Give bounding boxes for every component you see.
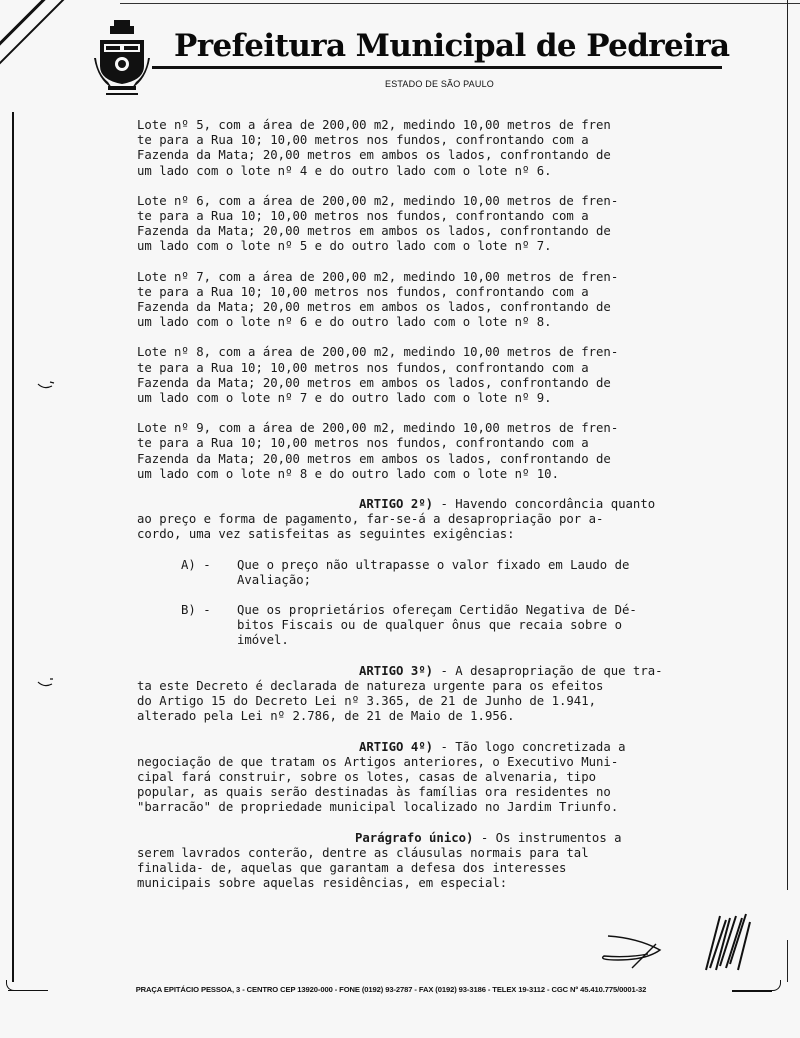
header-subtitle: ESTADO DE SÃO PAULO	[385, 79, 494, 89]
requirement-a-text: Que o preço não ultrapasse o valor fixad…	[237, 558, 751, 588]
footer-address: PRAÇA EPITÁCIO PESSOA, 3 - CENTRO CEP 13…	[50, 985, 732, 994]
artigo-3-first-line: - A desapropriação de que tra-	[433, 664, 663, 678]
paragrafo-unico-heading: Parágrafo único)	[137, 831, 473, 845]
lote-8-paragraph: Lote nº 8, com a área de 200,00 m2, medi…	[137, 345, 751, 406]
footer-right-rule	[732, 990, 772, 992]
paragrafo-unico-first-line: - Os instrumentos a	[473, 831, 621, 845]
requirement-b-marker: B) -	[181, 603, 237, 649]
scan-top-border	[120, 3, 800, 4]
requirement-a: A) - Que o preço não ultrapasse o valor …	[181, 558, 751, 588]
requirement-b: B) - Que os proprietários ofereçam Certi…	[181, 603, 751, 649]
requirement-b-text: Que os proprietários ofereçam Certidão N…	[237, 603, 751, 649]
artigo-4-section: ARTIGO 4º) - Tão logo concretizada a neg…	[137, 740, 751, 816]
lote-5-paragraph: Lote nº 5, com a área de 200,00 m2, medi…	[137, 118, 751, 179]
lote-7-paragraph: Lote nº 7, com a área de 200,00 m2, medi…	[137, 270, 751, 331]
paragrafo-unico-section: Parágrafo único) - Os instrumentos a ser…	[137, 831, 751, 892]
artigo-2-first-line: - Havendo concordância quanto	[433, 497, 655, 511]
header-divider	[152, 66, 722, 69]
lote-9-paragraph: Lote nº 9, com a área de 200,00 m2, medi…	[137, 421, 751, 482]
artigo-2-heading: ARTIGO 2º)	[137, 497, 433, 511]
artigo-3-heading: ARTIGO 3º)	[137, 664, 433, 678]
footer-left-rule	[8, 990, 48, 991]
page-right-border	[787, 0, 788, 890]
footer-right-corner	[770, 980, 781, 991]
signature-initials-icon	[700, 912, 755, 974]
lote-6-paragraph: Lote nº 6, com a área de 200,00 m2, medi…	[137, 194, 751, 255]
artigo-4-heading: ARTIGO 4º)	[137, 740, 433, 754]
artigo-4-text: negociação de que tratam os Artigos ante…	[137, 755, 618, 815]
requirement-a-marker: A) -	[181, 558, 237, 588]
artigo-3-section: ARTIGO 3º) - A desapropriação de que tra…	[137, 664, 751, 725]
coat-of-arms-icon	[92, 18, 152, 98]
document-body: Lote nº 5, com a área de 200,00 m2, medi…	[137, 118, 751, 906]
artigo-3-text: ta este Decreto é declarada de natureza …	[137, 679, 603, 723]
margin-tick-icon	[36, 678, 58, 688]
paragrafo-unico-text: serem lavrados conterão, dentre as cláus…	[137, 846, 589, 890]
margin-tick-icon	[36, 380, 58, 390]
page-title: Prefeitura Municipal de Pedreira	[174, 28, 730, 64]
signature-mark-icon	[598, 930, 668, 970]
page-right-border	[787, 940, 788, 982]
artigo-2-text: ao preço e forma de pagamento, far-se-á …	[137, 512, 603, 541]
page-left-border	[12, 112, 14, 982]
artigo-4-first-line: - Tão logo concretizada a	[433, 740, 626, 754]
artigo-2-section: ARTIGO 2º) - Havendo concordância quanto…	[137, 497, 751, 543]
